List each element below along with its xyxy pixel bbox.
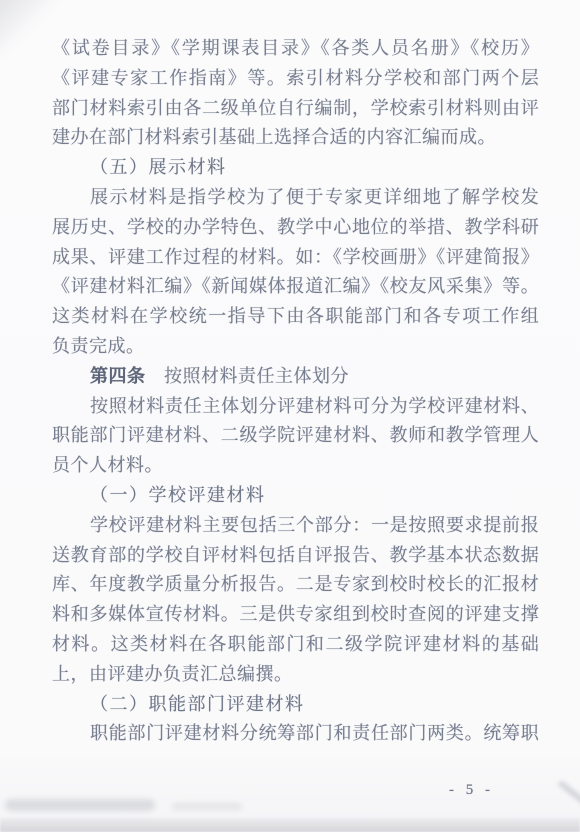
text-line: 部门材料索引由各二级单位自行编制，学校索引材料则由评	[52, 94, 539, 124]
text-line: 第四条 按照材料责任主体划分	[52, 362, 539, 392]
text-run: （五）展示材料	[90, 157, 227, 177]
text-line: 库、年度教学质量分析报告。二是专家到校时校长的汇报材	[52, 570, 539, 600]
text-line: 学校评建材料主要包括三个部分：一是按照要求提前报	[52, 511, 539, 541]
text-run: 展示材料是指学校为了便于专家更详细地了解学校发	[90, 187, 539, 207]
text-run: 库、年度教学质量分析报告。二是专家到校时校长的汇报材	[52, 574, 539, 594]
scan-mark-bottom-right	[558, 780, 580, 806]
text-run: 成果、评建工作过程的材料。如：《学校画册》《评建简报》	[52, 247, 539, 267]
text-line: 料和多媒体宣传材料。三是供专家组到校时查阅的评建支撑	[52, 600, 539, 630]
text-run: 负责完成。	[52, 336, 145, 356]
text-line: 建办在部门材料索引基础上选择合适的内容汇编而成。	[52, 123, 539, 153]
text-run: 职能部门评建材料、二级学院评建材料、教师和教学管理人	[52, 425, 539, 445]
text-run: 材料。这类材料在各职能部门和二级学院评建材料的基础	[52, 634, 539, 654]
text-line: 这类材料在学校统一指导下由各职能部门和各专项工作组	[52, 302, 539, 332]
text-run: 按照材料责任主体划分	[146, 366, 350, 386]
text-run: 展历史、学校的办学特色、教学中心地位的举措、教学科研	[52, 217, 539, 237]
text-line: 负责完成。	[52, 332, 539, 362]
page-number: - 5 -	[449, 782, 494, 799]
text-line: 《试卷目录》《学期课表目录》《各类人员名册》《校历》	[52, 34, 539, 64]
text-run: 学校评建材料主要包括三个部分：一是按照要求提前报	[90, 515, 539, 535]
text-line: 职能部门评建材料、二级学院评建材料、教师和教学管理人	[52, 421, 539, 451]
scan-edge-bottom	[0, 818, 580, 832]
text-line: 《评建材料汇编》《新闻媒体报道汇编》《校友风采集》等。	[52, 272, 539, 302]
text-line: 展历史、学校的办学特色、教学中心地位的举措、教学科研	[52, 213, 539, 243]
text-line: 材料。这类材料在各职能部门和二级学院评建材料的基础	[52, 630, 539, 660]
text-line: 职能部门评建材料分统筹部门和责任部门两类。统筹职	[52, 719, 539, 749]
document-page: 《试卷目录》《学期课表目录》《各类人员名册》《校历》《评建专家工作指南》等。索引…	[0, 0, 580, 832]
heading-line: （二）职能部门评建材料	[52, 690, 539, 720]
text-run: 料和多媒体宣传材料。三是供专家组到校时查阅的评建支撑	[52, 604, 539, 624]
text-run: 按照材料责任主体划分评建材料可分为学校评建材料、	[90, 396, 539, 416]
heading-line: （五）展示材料	[52, 153, 539, 183]
text-run: 员个人材料。	[52, 455, 163, 475]
scanned-document-screenshot: { "colors": { "paper": "#fafafb", "ink":…	[0, 0, 580, 832]
text-run: 《评建材料汇编》《新闻媒体报道汇编》《校友风采集》等。	[52, 276, 539, 296]
text-line: 成果、评建工作过程的材料。如：《学校画册》《评建简报》	[52, 243, 539, 273]
text-line: 展示材料是指学校为了便于专家更详细地了解学校发	[52, 183, 539, 213]
text-run: 《试卷目录》《学期课表目录》《各类人员名册》《校历》	[52, 38, 539, 58]
text-line: 《评建专家工作指南》等。索引材料分学校和部门两个层次，	[52, 64, 539, 94]
heading-line: （一）学校评建材料	[52, 481, 539, 511]
text-line: 员个人材料。	[52, 451, 539, 481]
text-line: 上，由评建办负责汇总编撰。	[52, 660, 539, 690]
scan-smudge-bottom-left-2	[172, 803, 242, 810]
text-run: 上，由评建办负责汇总编撰。	[52, 664, 293, 684]
text-run: 职能部门评建材料分统筹部门和责任部门两类。统筹职	[90, 723, 539, 743]
text-run: 《评建专家工作指南》等。索引材料分学校和部门两个层次，	[52, 68, 539, 94]
page-body: 《试卷目录》《学期课表目录》《各类人员名册》《校历》《评建专家工作指南》等。索引…	[52, 34, 539, 749]
text-run: 建办在部门材料索引基础上选择合适的内容汇编而成。	[52, 127, 496, 147]
text-line: 送教育部的学校自评材料包括自评报告、教学基本状态数据	[52, 541, 539, 571]
text-line: 按照材料责任主体划分评建材料可分为学校评建材料、	[52, 392, 539, 422]
text-run: 送教育部的学校自评材料包括自评报告、教学基本状态数据	[52, 545, 539, 565]
text-run: 部门材料索引由各二级单位自行编制，学校索引材料则由评	[52, 98, 539, 118]
scan-smudge-bottom-left	[5, 799, 155, 811]
text-run: （二）职能部门评建材料	[90, 694, 305, 714]
text-run: （一）学校评建材料	[90, 485, 266, 505]
text-run: 第四条	[90, 366, 146, 386]
text-run: 这类材料在学校统一指导下由各职能部门和各专项工作组	[52, 306, 539, 326]
